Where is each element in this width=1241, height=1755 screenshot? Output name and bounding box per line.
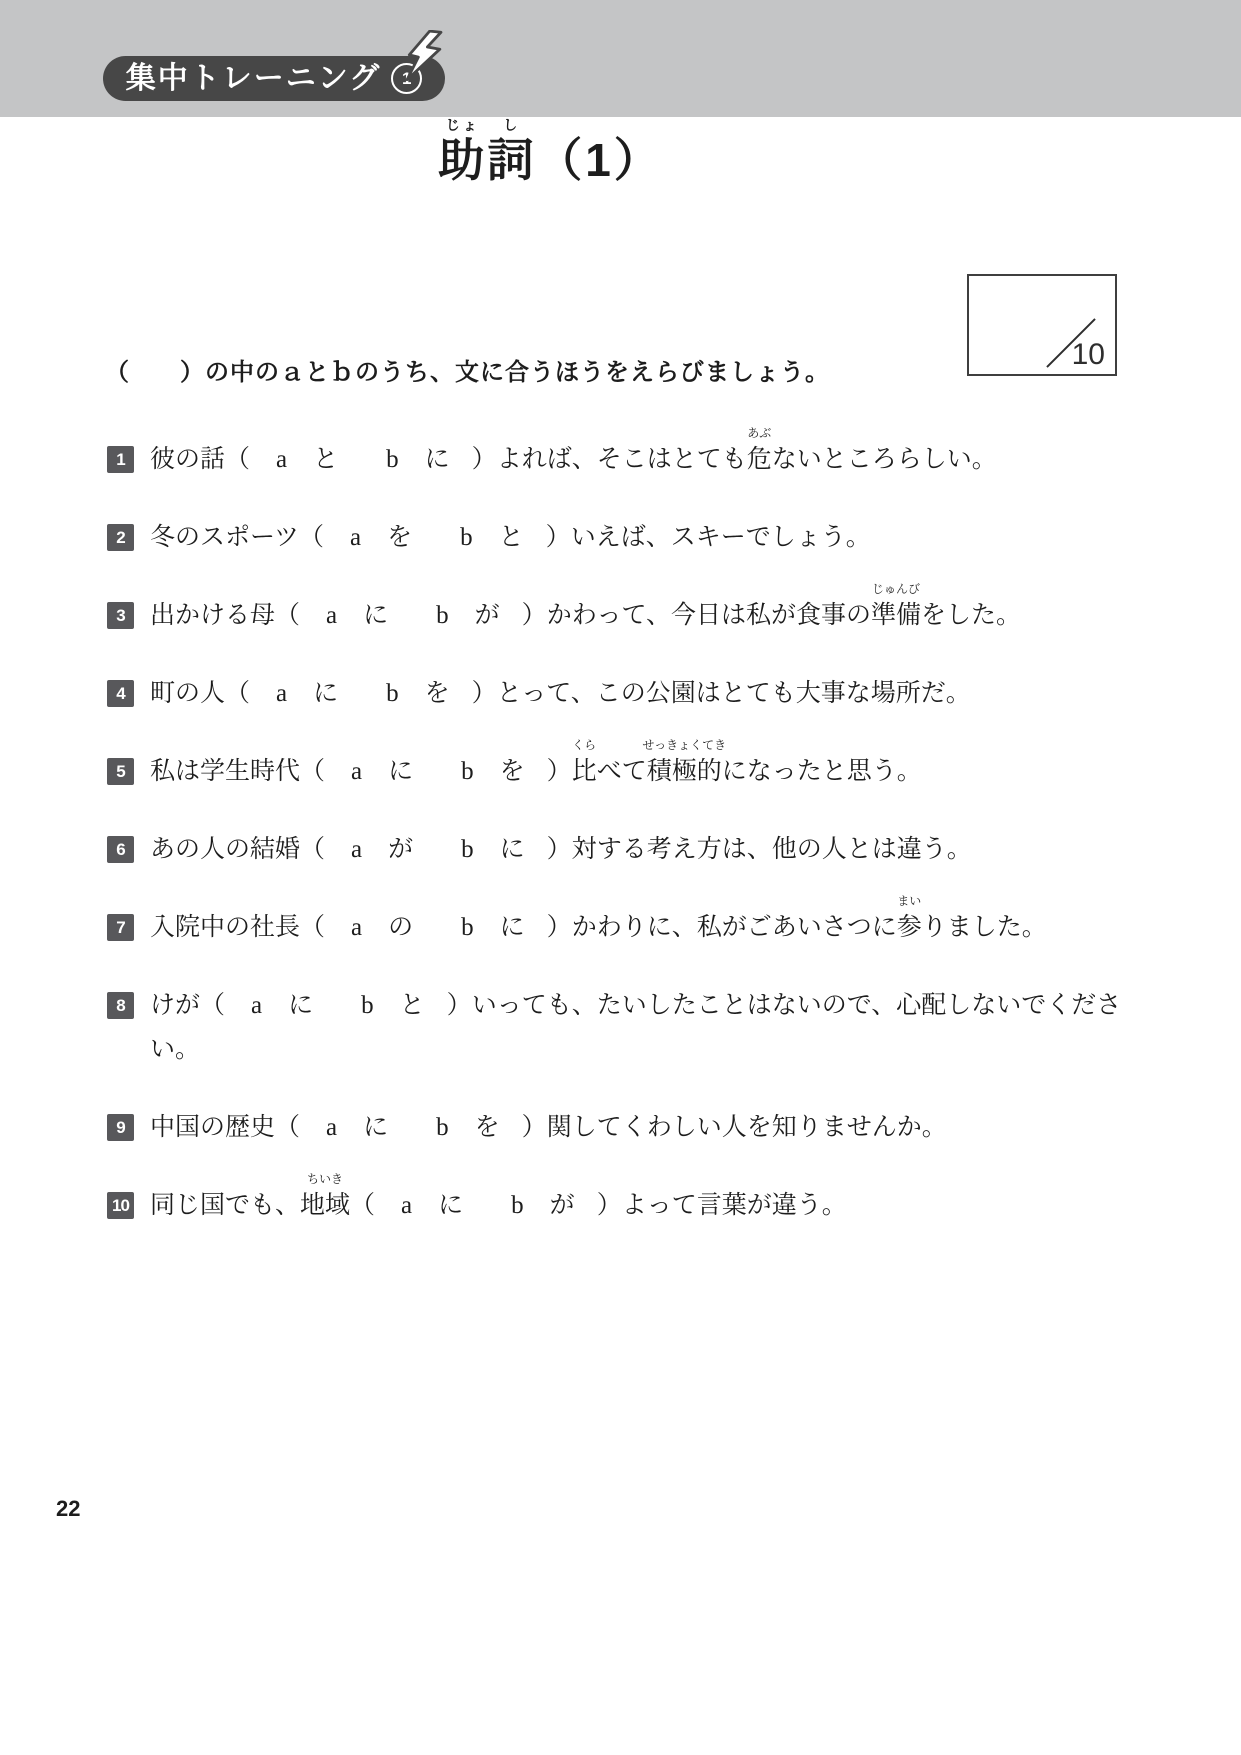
question-number-badge: 2 bbox=[107, 524, 134, 551]
ruby-word: まい参 bbox=[897, 906, 922, 950]
paren-open: （ bbox=[225, 680, 250, 707]
paren-open: （ bbox=[225, 446, 250, 473]
paren-close: ） bbox=[522, 602, 547, 629]
choice-b-label: b bbox=[461, 914, 474, 941]
ruby-base: 参 bbox=[897, 914, 922, 941]
choice-a-value: に bbox=[363, 1114, 388, 1141]
choice-b-value: と bbox=[400, 992, 425, 1019]
question-row: 3出かける母（aにbが）かわって、今日は私が食事のじゅんび準備をした。 bbox=[105, 594, 1140, 638]
choice-b-label: b bbox=[461, 836, 474, 863]
question-row: 5私は学生時代（aにbを）くら比べてせっきょくてき積極的になったと思う。 bbox=[105, 750, 1140, 794]
paren-close: ） bbox=[547, 914, 572, 941]
ruby-word: じょ助 bbox=[438, 134, 487, 187]
section-badge: 集中トレーニング 1 bbox=[103, 56, 445, 101]
paren-close: ） bbox=[472, 446, 497, 473]
choice-b-value: に bbox=[500, 914, 525, 941]
question-sentence: けが（aにbと）いっても、たいしたことはないので、心配しないでください。 bbox=[150, 984, 1140, 1072]
choice-group: （aをbと） bbox=[299, 524, 571, 551]
paren-close: ） bbox=[547, 836, 572, 863]
choice-a-label: a bbox=[350, 524, 361, 551]
text-run: かわりに、私がごあいさつに bbox=[572, 914, 897, 941]
ruby-base: 詞 bbox=[487, 134, 536, 186]
text-run: べて bbox=[597, 758, 647, 785]
paren-close: ） bbox=[597, 1192, 622, 1219]
worksheet-page: 集中トレーニング 1 じょ助し詞（1） 10 （ ）の中のａとｂのうち、文に合う… bbox=[0, 0, 1241, 1755]
choice-b-label: b bbox=[361, 992, 374, 1019]
text-run: いえば、スキーでしょう。 bbox=[571, 524, 871, 551]
choice-group: （aにbを） bbox=[225, 680, 497, 707]
choice-a-value: に bbox=[388, 758, 413, 785]
text-run: 同じ国でも、 bbox=[150, 1192, 300, 1219]
choice-group: （aにbが） bbox=[350, 1192, 622, 1219]
choice-group: （aにbを） bbox=[300, 758, 572, 785]
furigana-text: あぶ bbox=[747, 427, 771, 439]
choice-a-label: a bbox=[351, 836, 362, 863]
choice-b-value: を bbox=[475, 1114, 500, 1141]
choice-group: （aにbが） bbox=[275, 602, 547, 629]
choice-b-value: に bbox=[500, 836, 525, 863]
furigana-text: ちいき bbox=[307, 1173, 343, 1185]
choice-group: （aがbに） bbox=[300, 836, 572, 863]
ruby-base: 積極的 bbox=[647, 758, 722, 785]
question-number-badge: 6 bbox=[107, 836, 134, 863]
paren-open: （ bbox=[300, 758, 325, 785]
text-run: い。 bbox=[150, 1036, 200, 1063]
ruby-word: くら比 bbox=[572, 750, 597, 794]
score-box: 10 bbox=[967, 274, 1117, 376]
header-band: 集中トレーニング 1 bbox=[0, 0, 1241, 117]
choice-a-value: と bbox=[313, 446, 338, 473]
choice-a-label: a bbox=[351, 758, 362, 785]
paren-open: （ bbox=[200, 992, 225, 1019]
text-run: よれば、そこはとても bbox=[497, 446, 747, 473]
question-sentence: 入院中の社長（aのbに）かわりに、私がごあいさつにまい参りました。 bbox=[150, 906, 1140, 950]
text-run: けが bbox=[150, 992, 200, 1019]
choice-b-value: が bbox=[475, 602, 500, 629]
furigana-text: まい bbox=[897, 895, 921, 907]
text-run: をした。 bbox=[921, 602, 1021, 629]
text-run: になったと思う。 bbox=[722, 758, 922, 785]
choice-a-value: に bbox=[313, 680, 338, 707]
choice-b-value: と bbox=[499, 524, 524, 551]
question-number-badge: 10 bbox=[107, 1192, 134, 1219]
instruction-text: （ ）の中のａとｂのうち、文に合うほうをえらびましょう。 bbox=[105, 352, 830, 387]
paren-open: （ bbox=[299, 524, 324, 551]
text-run: りました。 bbox=[922, 914, 1047, 941]
choice-group: （aとbに） bbox=[225, 446, 497, 473]
text-run: いっても、たいしたことはないので、心配しないでくださ bbox=[472, 992, 1122, 1019]
choice-b-value: を bbox=[425, 680, 450, 707]
question-row: 4町の人（aにbを）とって、この公園はとても大事な場所だ。 bbox=[105, 672, 1140, 716]
paren-close: ） bbox=[472, 680, 497, 707]
question-sentence: 冬のスポーツ（aをbと）いえば、スキーでしょう。 bbox=[150, 516, 1140, 560]
question-number-badge: 1 bbox=[107, 446, 134, 473]
text-run: 私は学生時代 bbox=[150, 758, 300, 785]
choice-b-label: b bbox=[511, 1192, 524, 1219]
choice-group: （aにbと） bbox=[200, 992, 472, 1019]
paren-open: （ bbox=[300, 914, 325, 941]
question-row: 10同じ国でも、ちいき地域（aにbが）よって言葉が違う。 bbox=[105, 1184, 1140, 1228]
question-row: 9中国の歴史（aにbを）関してくわしい人を知りませんか。 bbox=[105, 1106, 1140, 1150]
score-max-value: 10 bbox=[1072, 340, 1105, 370]
question-row: 1彼の話（aとbに）よれば、そこはとてもあぶ危ないところらしい。 bbox=[105, 438, 1140, 482]
choice-b-value: を bbox=[500, 758, 525, 785]
choice-group: （aにbを） bbox=[275, 1114, 547, 1141]
ruby-word: じゅんび準備 bbox=[871, 594, 921, 638]
choice-b-label: b bbox=[460, 524, 473, 551]
paren-close: ） bbox=[522, 1114, 547, 1141]
ruby-base: 比 bbox=[572, 758, 597, 785]
ruby-base: 準備 bbox=[871, 602, 921, 629]
question-sentence: 出かける母（aにbが）かわって、今日は私が食事のじゅんび準備をした。 bbox=[150, 594, 1140, 638]
page-number: 22 bbox=[56, 1496, 80, 1522]
question-number-badge: 7 bbox=[107, 914, 134, 941]
choice-b-value: に bbox=[425, 446, 450, 473]
text-run: 入院中の社長 bbox=[150, 914, 300, 941]
text-run: 関してくわしい人を知りませんか。 bbox=[547, 1114, 947, 1141]
choice-a-value: に bbox=[438, 1192, 463, 1219]
choice-a-label: a bbox=[251, 992, 262, 1019]
text-run: よって言葉が違う。 bbox=[622, 1192, 847, 1219]
page-title-text: じょ助し詞（1） bbox=[438, 134, 663, 187]
text-run: かわって、今日は私が食事の bbox=[547, 602, 871, 629]
text-run: 彼の話 bbox=[150, 446, 225, 473]
choice-a-label: a bbox=[401, 1192, 412, 1219]
question-number-badge: 5 bbox=[107, 758, 134, 785]
question-number-badge: 3 bbox=[107, 602, 134, 629]
question-sentence: 中国の歴史（aにbを）関してくわしい人を知りませんか。 bbox=[150, 1106, 1140, 1150]
paren-close: ） bbox=[547, 758, 572, 785]
text-run: 中国の歴史 bbox=[150, 1114, 275, 1141]
choice-a-value: が bbox=[388, 836, 413, 863]
question-number-badge: 8 bbox=[107, 992, 134, 1019]
ruby-base: 地域 bbox=[300, 1192, 350, 1219]
ruby-word: し詞 bbox=[487, 134, 536, 187]
choice-b-label: b bbox=[436, 602, 449, 629]
text-run: 冬のスポーツ bbox=[150, 524, 299, 551]
choice-b-label: b bbox=[436, 1114, 449, 1141]
text-run: とって、この公園はとても大事な場所だ。 bbox=[497, 680, 971, 707]
text-run: 対する考え方は、他の人とは違う。 bbox=[572, 836, 972, 863]
question-list: 1彼の話（aとbに）よれば、そこはとてもあぶ危ないところらしい。2冬のスポーツ（… bbox=[105, 438, 1140, 1262]
ruby-word: ちいき地域 bbox=[300, 1184, 350, 1228]
choice-a-label: a bbox=[276, 680, 287, 707]
question-sentence: 町の人（aにbを）とって、この公園はとても大事な場所だ。 bbox=[150, 672, 1140, 716]
question-number-badge: 4 bbox=[107, 680, 134, 707]
choice-a-label: a bbox=[326, 1114, 337, 1141]
furigana-text: し bbox=[503, 118, 520, 132]
paren-close: ） bbox=[447, 992, 472, 1019]
ruby-base: 助 bbox=[438, 134, 487, 186]
text-run: 出かける母 bbox=[150, 602, 275, 629]
ruby-word: せっきょくてき積極的 bbox=[647, 750, 722, 794]
furigana-text: せっきょくてき bbox=[642, 739, 726, 751]
question-row: 6あの人の結婚（aがbに）対する考え方は、他の人とは違う。 bbox=[105, 828, 1140, 872]
paren-open: （ bbox=[300, 836, 325, 863]
question-number-badge: 9 bbox=[107, 1114, 134, 1141]
question-row: 8けが（aにbと）いっても、たいしたことはないので、心配しないでください。 bbox=[105, 984, 1140, 1072]
choice-a-label: a bbox=[276, 446, 287, 473]
paren-open: （ bbox=[350, 1192, 375, 1219]
text-run: ないところらしい。 bbox=[772, 446, 997, 473]
text-run: あの人の結婚 bbox=[150, 836, 300, 863]
choice-b-label: b bbox=[386, 680, 399, 707]
paren-close: ） bbox=[546, 524, 571, 551]
question-sentence: 私は学生時代（aにbを）くら比べてせっきょくてき積極的になったと思う。 bbox=[150, 750, 1140, 794]
furigana-text: じょ bbox=[446, 118, 480, 132]
paren-open: （ bbox=[275, 602, 300, 629]
choice-a-value: に bbox=[288, 992, 313, 1019]
choice-a-value: を bbox=[387, 524, 412, 551]
choice-b-value: が bbox=[550, 1192, 575, 1219]
question-sentence: 同じ国でも、ちいき地域（aにbが）よって言葉が違う。 bbox=[150, 1184, 1140, 1228]
ruby-word: あぶ危 bbox=[747, 438, 772, 482]
page-title: じょ助し詞（1） bbox=[0, 134, 1241, 187]
choice-a-value: の bbox=[388, 914, 413, 941]
question-row: 2冬のスポーツ（aをbと）いえば、スキーでしょう。 bbox=[105, 516, 1140, 560]
text-run: 町の人 bbox=[150, 680, 225, 707]
choice-b-label: b bbox=[386, 446, 399, 473]
section-badge-label: 集中トレーニング bbox=[126, 64, 381, 94]
choice-group: （aのbに） bbox=[300, 914, 572, 941]
question-sentence: 彼の話（aとbに）よれば、そこはとてもあぶ危ないところらしい。 bbox=[150, 438, 1140, 482]
paren-open: （ bbox=[275, 1114, 300, 1141]
choice-a-value: に bbox=[363, 602, 388, 629]
furigana-text: くら bbox=[572, 739, 596, 751]
choice-a-label: a bbox=[351, 914, 362, 941]
text-run: （1） bbox=[536, 134, 663, 186]
choice-a-label: a bbox=[326, 602, 337, 629]
choice-b-label: b bbox=[461, 758, 474, 785]
ruby-base: 危 bbox=[747, 446, 772, 473]
lightning-icon bbox=[404, 30, 444, 82]
question-sentence: あの人の結婚（aがbに）対する考え方は、他の人とは違う。 bbox=[150, 828, 1140, 872]
question-row: 7入院中の社長（aのbに）かわりに、私がごあいさつにまい参りました。 bbox=[105, 906, 1140, 950]
furigana-text: じゅんび bbox=[872, 583, 920, 595]
